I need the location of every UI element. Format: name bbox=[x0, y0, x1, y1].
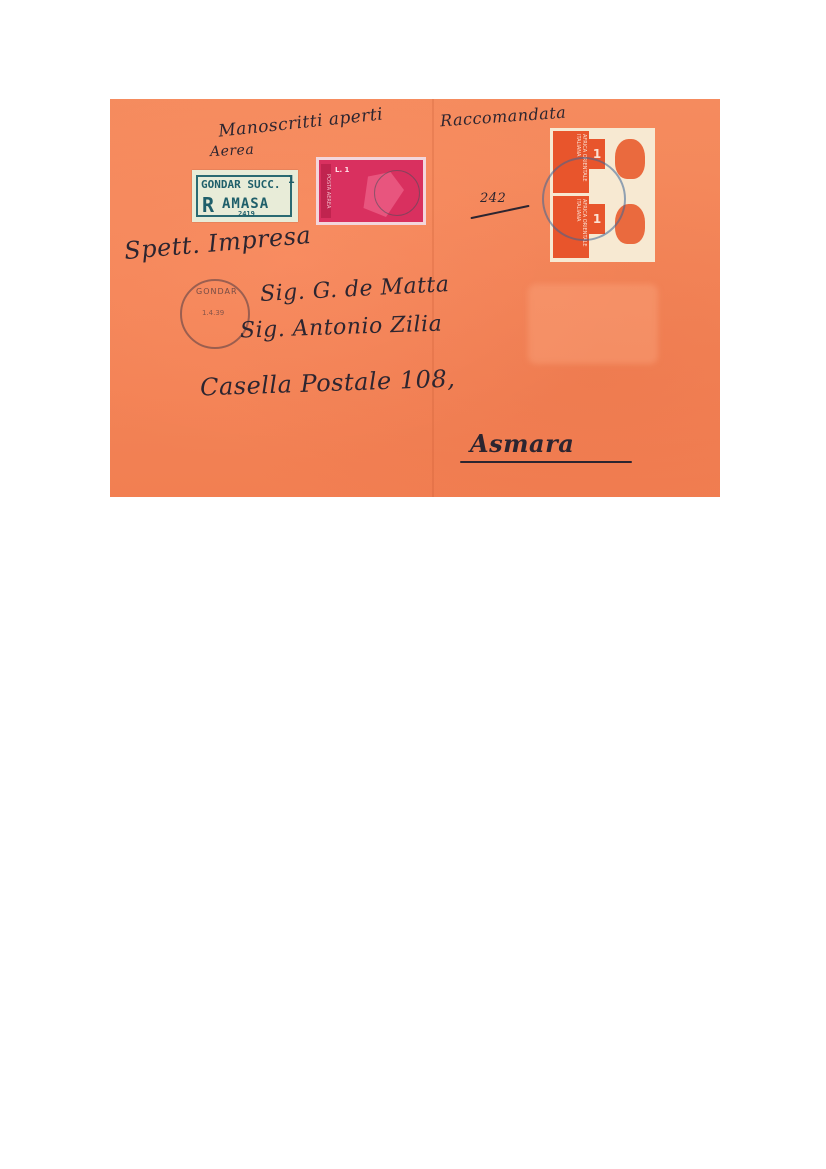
stamp-airmail: POSTA AEREA L. 1 bbox=[316, 157, 426, 225]
cancel-mark bbox=[374, 170, 420, 216]
stamp-side-text: POSTA AEREA bbox=[321, 164, 331, 218]
note-top-left: Manoscritti aperti bbox=[217, 104, 384, 141]
address-line2: Sig. Antonio Zilia bbox=[240, 311, 443, 343]
stamp-value: L. 1 bbox=[335, 166, 349, 174]
city-underline bbox=[460, 461, 632, 463]
postmark-blue bbox=[542, 157, 626, 241]
ref-underline bbox=[470, 205, 529, 219]
address-line3: Casella Postale 108, bbox=[200, 365, 456, 402]
fold-line bbox=[432, 99, 434, 497]
note-registered: Raccomandata bbox=[439, 103, 566, 131]
postmark-town: GONDAR bbox=[196, 287, 238, 296]
portrait-icon bbox=[615, 139, 645, 179]
address-city: Asmara bbox=[470, 429, 574, 458]
reg-small-number: 2419 bbox=[238, 210, 255, 218]
faded-patch bbox=[528, 284, 658, 364]
registration-ref: 242 bbox=[480, 191, 506, 206]
address-line1: Sig. G. de Matta bbox=[259, 272, 450, 307]
postmark-date: 1.4.39 bbox=[202, 309, 224, 317]
registration-label: GONDAR SUCC. R AMASA 2419 1 bbox=[192, 170, 298, 222]
registration-box: GONDAR SUCC. R AMASA 2419 bbox=[196, 175, 292, 217]
address-salutation: Spett. Impresa bbox=[123, 221, 312, 265]
reg-office: GONDAR SUCC. bbox=[201, 178, 280, 191]
reg-suffix: 1 bbox=[288, 173, 295, 186]
note-airmail: Aerea bbox=[210, 142, 255, 160]
reg-letter: R bbox=[202, 193, 214, 217]
envelope-scan: Manoscritti aperti Aerea Raccomandata 24… bbox=[110, 99, 720, 497]
